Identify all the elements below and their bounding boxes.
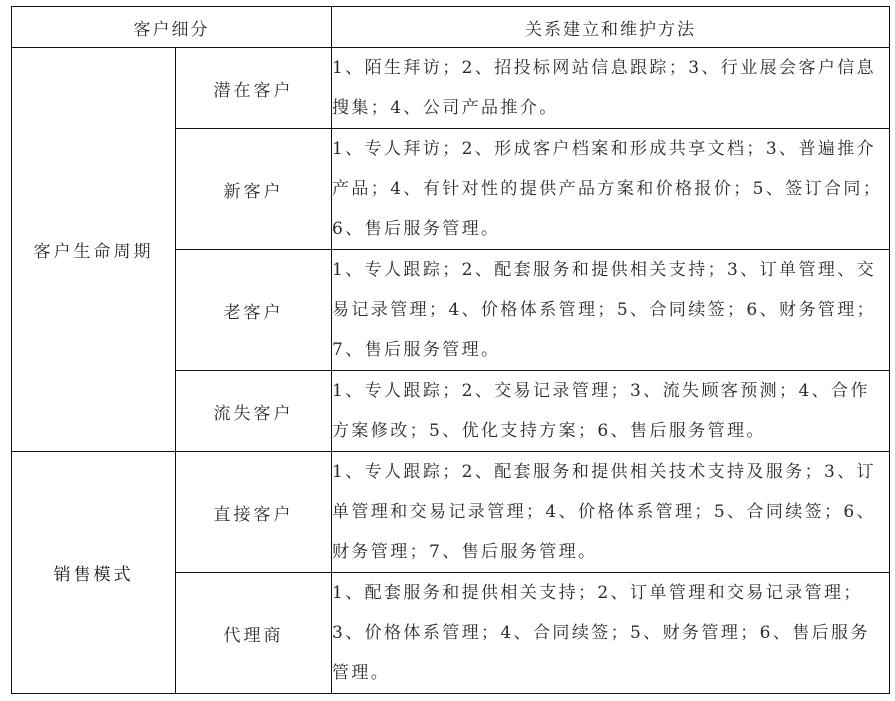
customer-segmentation-table: 客户细分 关系建立和维护方法 客户生命周期 潜在客户 1、陌生拜访；2、招投标网…: [11, 6, 890, 694]
subcategory-existing: 老客户: [176, 250, 332, 371]
subcategory-new: 新客户: [176, 129, 332, 250]
table-row: 销售模式 直接客户 1、专人跟踪；2、配套服务和提供相关技术支持及服务；3、订单…: [12, 452, 890, 573]
header-row: 客户细分 关系建立和维护方法: [12, 7, 890, 48]
header-method: 关系建立和维护方法: [332, 7, 890, 48]
method-potential: 1、陌生拜访；2、招投标网站信息跟踪；3、行业展会客户信息搜集；4、公司产品推介…: [332, 48, 890, 129]
method-existing: 1、专人跟踪；2、配套服务和提供相关支持；3、订单管理、交易记录管理；4、价格体…: [332, 250, 890, 371]
subcategory-potential: 潜在客户: [176, 48, 332, 129]
subcategory-direct: 直接客户: [176, 452, 332, 573]
header-segment: 客户细分: [12, 7, 332, 48]
method-lost: 1、专人跟踪；2、交易记录管理；3、流失顾客预测；4、合作方案修改；5、优化支持…: [332, 371, 890, 452]
category-sales-mode: 销售模式: [12, 452, 176, 694]
method-agent: 1、配套服务和提供相关支持；2、订单管理和交易记录管理；3、价格体系管理；4、合…: [332, 573, 890, 694]
subcategory-agent: 代理商: [176, 573, 332, 694]
method-direct: 1、专人跟踪；2、配套服务和提供相关技术支持及服务；3、订单管理和交易记录管理；…: [332, 452, 890, 573]
category-lifecycle: 客户生命周期: [12, 48, 176, 452]
method-new: 1、专人拜访；2、形成客户档案和形成共享文档；3、普遍推介产品；4、有针对性的提…: [332, 129, 890, 250]
subcategory-lost: 流失客户: [176, 371, 332, 452]
table-row: 客户生命周期 潜在客户 1、陌生拜访；2、招投标网站信息跟踪；3、行业展会客户信…: [12, 48, 890, 129]
